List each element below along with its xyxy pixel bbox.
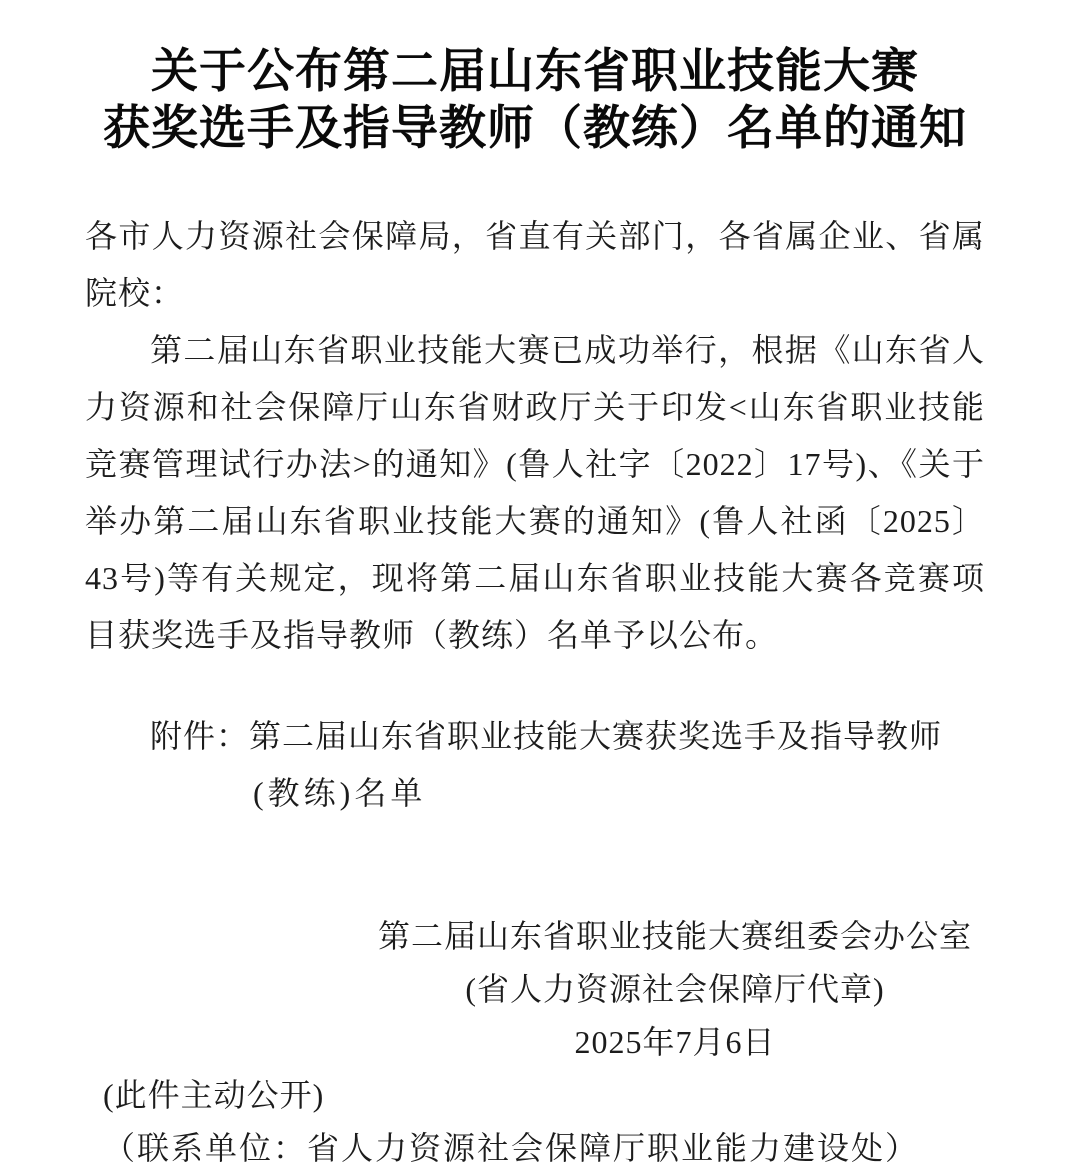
signature-block: 第二届山东省职业技能大赛组委会办公室 (省人力资源社会保障厅代章) 2025年7… (365, 910, 985, 1069)
attachment-line-2: (教练)名单 (85, 765, 985, 822)
salutation-line-2: 院校： (85, 265, 985, 322)
document-body: 各市人力资源社会保障局，省直有关部门，各省属企业、省属 院校： 第二届山东省职业… (85, 208, 985, 664)
salutation-line-1: 各市人力资源社会保障局，省直有关部门，各省属企业、省属 (85, 208, 985, 265)
paragraph-line: 举办第二届山东省职业技能大赛的通知》(鲁人社函〔2025〕 (85, 493, 985, 550)
document-title-line-1: 关于公布第二届山东省职业技能大赛 (85, 44, 985, 101)
paragraph-line: 43号)等有关规定，现将第二届山东省职业技能大赛各竞赛项 (85, 550, 985, 607)
attachment-section: 附件：第二届山东省职业技能大赛获奖选手及指导教师 (教练)名单 (85, 708, 985, 822)
document-title-line-2: 获奖选手及指导教师（教练）名单的通知 (85, 101, 985, 158)
document-page: 关于公布第二届山东省职业技能大赛 获奖选手及指导教师（教练）名单的通知 各市人力… (85, 0, 985, 1175)
paragraph-line: 目获奖选手及指导教师（教练）名单予以公布。 (85, 607, 985, 664)
paragraph-line: 力资源和社会保障厅山东省财政厅关于印发<山东省职业技能 (85, 379, 985, 436)
paragraph-line: 竞赛管理试行办法>的通知》(鲁人社字〔2022〕17号)、《关于 (85, 436, 985, 493)
signature-agency-note: (省人力资源社会保障厅代章) (365, 963, 985, 1016)
signature-date: 2025年7月6日 (365, 1016, 985, 1069)
paragraph-line: 第二届山东省职业技能大赛已成功举行，根据《山东省人 (85, 322, 985, 379)
disclosure-note: (此件主动公开) (103, 1069, 985, 1122)
document-title: 关于公布第二届山东省职业技能大赛 获奖选手及指导教师（教练）名单的通知 (85, 44, 985, 158)
contact-unit-note: （联系单位：省人力资源社会保障厅职业能力建设处） (103, 1122, 985, 1175)
signature-organization: 第二届山东省职业技能大赛组委会办公室 (365, 910, 985, 963)
attachment-line-1: 附件：第二届山东省职业技能大赛获奖选手及指导教师 (85, 708, 985, 765)
footer-notes: (此件主动公开) （联系单位：省人力资源社会保障厅职业能力建设处） (85, 1069, 985, 1175)
